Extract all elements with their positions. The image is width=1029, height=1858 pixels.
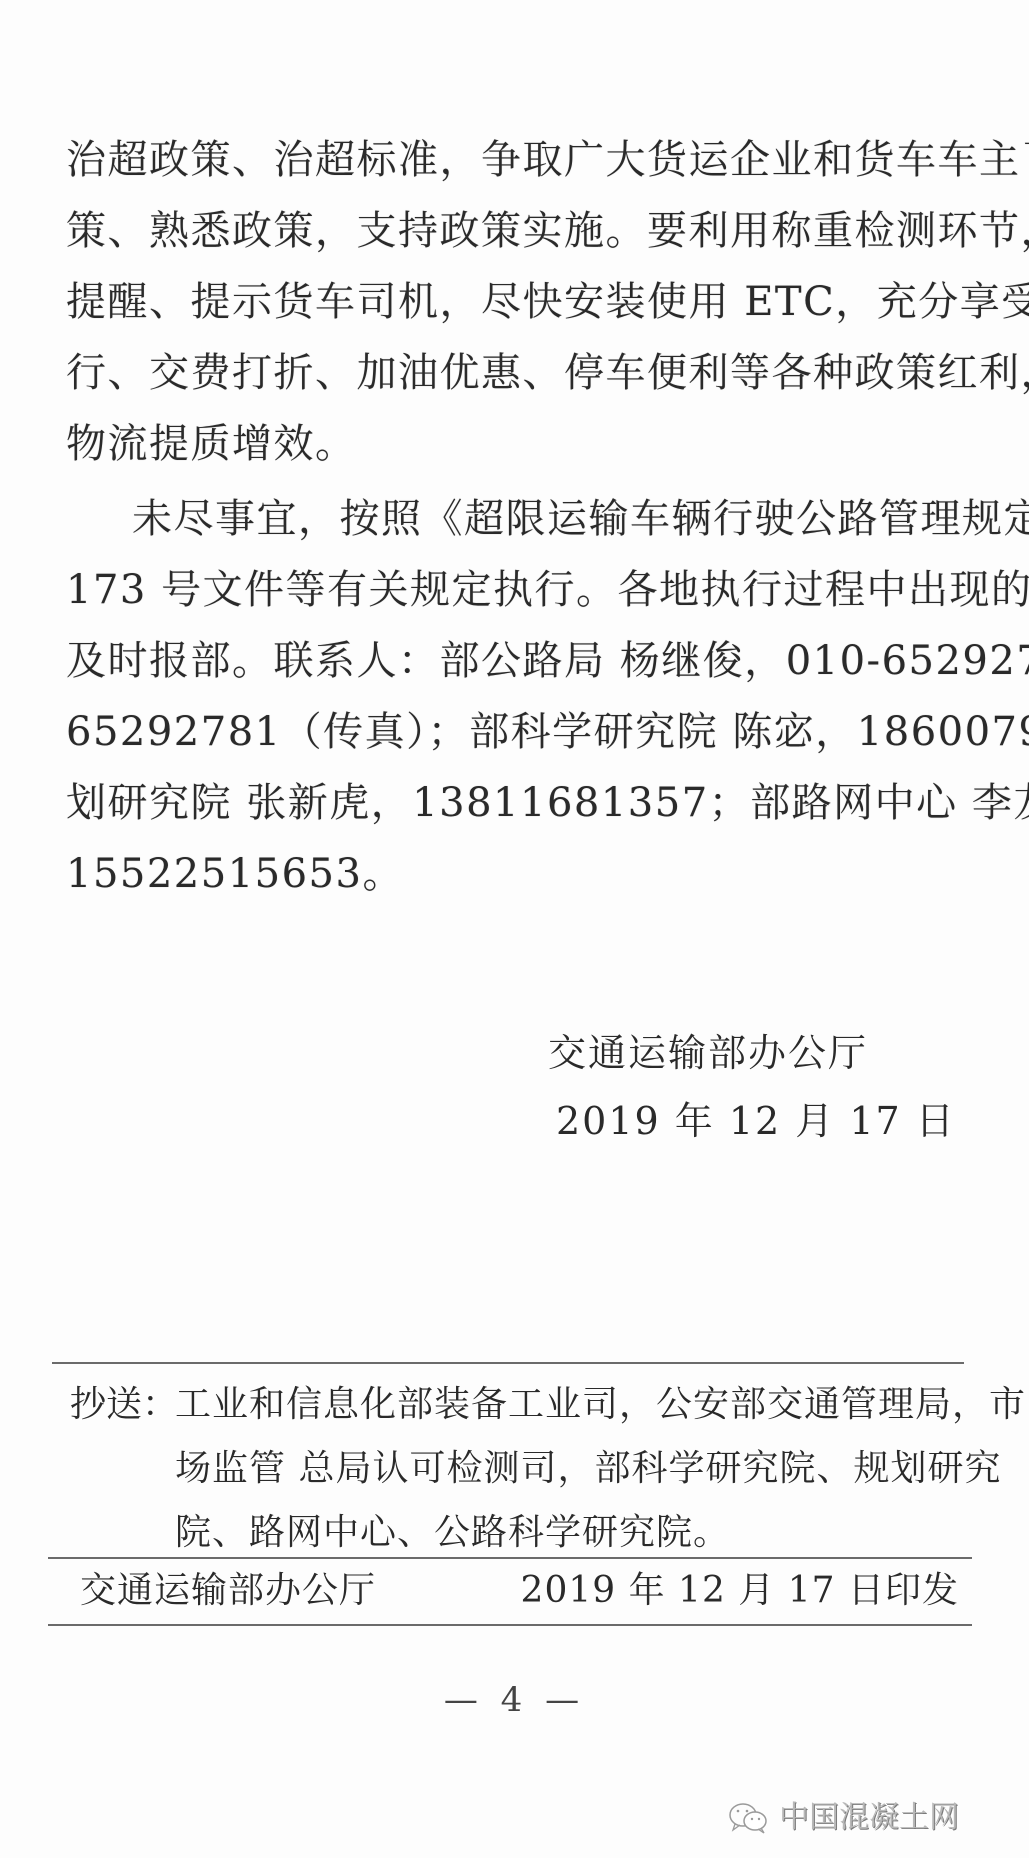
document-page: 治超政策、治超标准，争取广大货运企业和货车车主了解政 策、熟悉政策，支持政策实施… (0, 0, 1029, 1858)
cc-top-rule (52, 1362, 964, 1364)
imprint-issuer: 交通运输部办公厅 (80, 1568, 376, 1614)
paragraph-line: 策、熟悉政策，支持政策实施。要利用称重检测环节，逐车 (66, 207, 972, 255)
paragraph-line: 行、交费打折、加油优惠、停车便利等各种政策红利，促进 (66, 349, 972, 397)
cc-label: 抄送： (70, 1382, 178, 1428)
paragraph-line: 及时报部。联系人：部公路局 杨继俊，010-65292751， (66, 637, 972, 685)
imprint-date: 2019 年 12 月 17 日印发 (521, 1568, 959, 1614)
cc-line: 工业和信息化部装备工业司，公安部交通管理局，市 (175, 1382, 959, 1428)
cc-bottom-rule (48, 1557, 972, 1559)
paragraph-line: 治超政策、治超标准，争取广大货运企业和货车车主了解政 (66, 136, 972, 184)
paragraph-line: 173 号文件等有关规定执行。各地执行过程中出现的问题，要 (66, 566, 972, 614)
signature-date: 2019 年 12 月 17 日 (556, 1098, 956, 1144)
paragraph-line: 65292781（传真）；部科学研究院 陈宓，18600797358；部规 (66, 708, 972, 756)
cc-line: 场监管 总局认可检测司，部科学研究院、规划研究 (175, 1446, 959, 1492)
paragraph-line: 物流提质增效。 (66, 420, 357, 468)
wechat-icon (727, 1800, 771, 1836)
watermark: 中国混凝土网 (727, 1800, 959, 1836)
paragraph-line: 15522515653。 (66, 850, 404, 898)
imprint-bottom-rule (48, 1624, 972, 1626)
paragraph-line: 提醒、提示货车司机，尽快安装使用 ETC，充分享受便捷通 (66, 278, 972, 326)
watermark-text: 中国混凝土网 (779, 1800, 959, 1836)
cc-line: 院、路网中心、公路科学研究院。 (175, 1510, 959, 1556)
paragraph-line: 划研究院 张新虎，13811681357；部路网中心 李友良， (66, 779, 972, 827)
page-number: — 4 — (0, 1680, 1029, 1720)
paragraph-line: 未尽事宜，按照《超限运输车辆行驶公路管理规定》和 (132, 495, 972, 543)
signature-issuer: 交通运输部办公厅 (548, 1030, 868, 1076)
